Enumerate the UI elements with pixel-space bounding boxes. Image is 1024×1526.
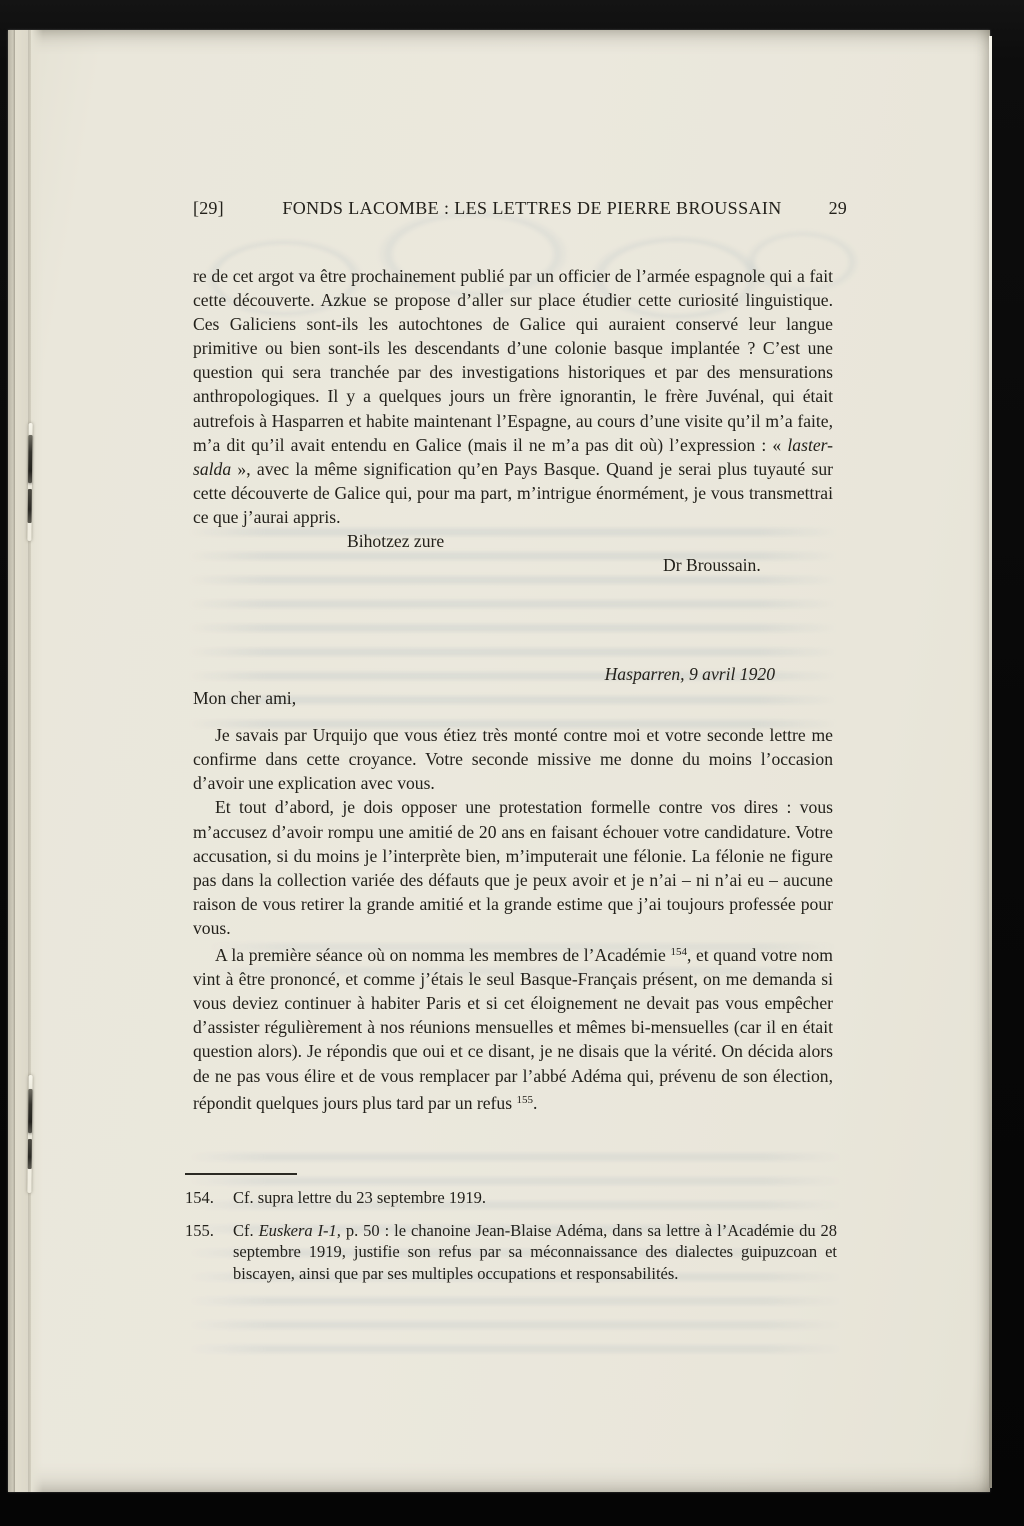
staple-metal xyxy=(28,489,32,523)
paragraph-academie: A la première séance où on nomma les mem… xyxy=(193,940,833,1115)
binding-staple-top xyxy=(26,423,33,541)
staple-metal xyxy=(28,435,33,483)
letter-end-block: re de cet argot va être prochainement pu… xyxy=(193,264,833,577)
paragraph-argot: re de cet argot va être prochainement pu… xyxy=(193,264,833,529)
page-header: [29] FONDS LACOMBE : LES LETTRES DE PIER… xyxy=(193,198,847,219)
folio-marker: [29] xyxy=(193,198,263,219)
letter-closing: Bihotzez zure xyxy=(193,529,833,553)
letter-dateline: Hasparren, 9 avril 1920 xyxy=(193,662,833,686)
footnote-number: 154. xyxy=(185,1187,233,1209)
footnote-154: 154. Cf. supra lettre du 23 septembre 19… xyxy=(185,1187,837,1209)
footnote-ref-154: 154 xyxy=(670,946,687,958)
footnote-number: 155. xyxy=(185,1220,233,1285)
footnotes-section: 154. Cf. supra lettre du 23 septembre 19… xyxy=(185,1173,837,1284)
paragraph-urquijo: Je savais par Urquijo que vous étiez trè… xyxy=(193,723,833,795)
paragraph-protestation: Et tout d’abord, je dois opposer une pro… xyxy=(193,795,833,940)
italic-citation: Euskera I-1, xyxy=(259,1221,341,1240)
footnote-155: 155. Cf. Euskera I-1, p. 50 : le chanoin… xyxy=(185,1220,837,1285)
page-number: 29 xyxy=(801,198,847,219)
page-edge-stack xyxy=(8,30,15,1492)
letter-signature: Dr Broussain. xyxy=(193,553,833,577)
page-edge-stack xyxy=(15,30,28,1492)
footnote-text: Cf. Euskera I-1, p. 50 : le chanoine Jea… xyxy=(233,1220,837,1285)
letter-new-block: Hasparren, 9 avril 1920 Mon cher ami, Je… xyxy=(193,662,833,1115)
book-page: [29] FONDS LACOMBE : LES LETTRES DE PIER… xyxy=(8,30,990,1492)
footnote-text: Cf. supra lettre du 23 septembre 1919. xyxy=(233,1187,837,1209)
gutter-shadow xyxy=(31,30,43,1492)
staple-metal xyxy=(28,1139,32,1169)
running-title: FONDS LACOMBE : LES LETTRES DE PIERRE BR… xyxy=(263,198,801,219)
scan-background: [29] FONDS LACOMBE : LES LETTRES DE PIER… xyxy=(0,0,1024,1526)
staple-metal xyxy=(28,1089,32,1133)
binding-staple-bottom xyxy=(26,1075,33,1193)
footnote-divider xyxy=(185,1173,297,1175)
footnote-ref-155: 155 xyxy=(516,1094,533,1106)
letter-salutation: Mon cher ami, xyxy=(193,686,833,710)
